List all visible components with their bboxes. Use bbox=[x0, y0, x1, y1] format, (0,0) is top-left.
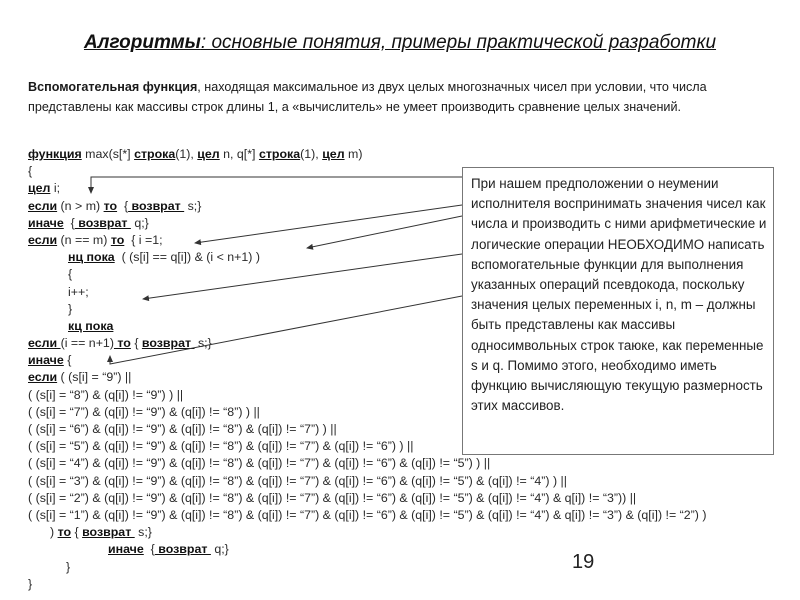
keyword: если bbox=[28, 370, 57, 384]
keyword: возврат bbox=[128, 199, 184, 213]
code-signature: функция max(s[*] строка(1), цел n, q[*] … bbox=[28, 146, 788, 163]
keyword: кц пока bbox=[68, 319, 113, 333]
condition-line: ( (s[i] = “4”) & (q[i]) != “9”) & (q[i])… bbox=[28, 455, 788, 472]
keyword: если bbox=[28, 233, 57, 247]
code-text: m) bbox=[345, 147, 363, 161]
code-text: s;} bbox=[184, 199, 201, 213]
code-text: { bbox=[71, 525, 82, 539]
code-text: (n == m) bbox=[57, 233, 111, 247]
condition-line: ( (s[i] = “3”) & (q[i]) != “9”) & (q[i])… bbox=[28, 473, 788, 490]
code-text: ( (s[i] = “9”) || bbox=[57, 370, 131, 384]
code-text: n, q[*] bbox=[220, 147, 259, 161]
keyword: иначе bbox=[28, 216, 64, 230]
code-text: ) bbox=[50, 525, 58, 539]
keyword: нц пока bbox=[68, 250, 115, 264]
keyword: то bbox=[111, 233, 124, 247]
code-text: { bbox=[131, 336, 142, 350]
keyword: возврат bbox=[82, 525, 135, 539]
code-text: { bbox=[144, 542, 155, 556]
keyword: цел bbox=[28, 181, 50, 195]
keyword: возврат bbox=[75, 216, 131, 230]
code-text: (1), bbox=[175, 147, 197, 161]
code-text: { bbox=[117, 199, 128, 213]
slide: Алгоритмы: основные понятия, примеры пра… bbox=[0, 0, 800, 600]
keyword: цел bbox=[197, 147, 219, 161]
code-text: (n > m) bbox=[57, 199, 103, 213]
callout-note: При нашем предположении о неумении испол… bbox=[462, 167, 774, 455]
code-text: max(s[*] bbox=[82, 147, 134, 161]
keyword: возврат bbox=[142, 336, 195, 350]
keyword: то bbox=[114, 336, 131, 350]
intro-term: Вспомогательная функция bbox=[28, 80, 197, 94]
code-inner-close: } bbox=[28, 559, 788, 576]
keyword: строка bbox=[134, 147, 175, 161]
code-text: q;} bbox=[211, 542, 229, 556]
title-main: Алгоритмы bbox=[84, 32, 201, 53]
keyword: то bbox=[104, 199, 117, 213]
code-text: { i =1; bbox=[124, 233, 162, 247]
keyword: если bbox=[28, 336, 61, 350]
keyword: возврат bbox=[155, 542, 211, 556]
keyword: иначе bbox=[28, 353, 64, 367]
code-outer-close: } bbox=[28, 576, 788, 593]
condition-line: ( (s[i] = “1”) & (q[i]) != “9”) & (q[i])… bbox=[28, 507, 788, 524]
keyword: функция bbox=[28, 147, 82, 161]
slide-title: Алгоритмы: основные понятия, примеры пра… bbox=[0, 32, 800, 54]
intro-paragraph: Вспомогательная функция, находящая макси… bbox=[28, 78, 768, 117]
code-text: q;} bbox=[131, 216, 149, 230]
code-text: i; bbox=[50, 181, 60, 195]
keyword: иначе bbox=[108, 542, 144, 556]
code-then-return: ) то { возврат s;} bbox=[28, 524, 788, 541]
code-text: s;} bbox=[195, 336, 212, 350]
page-number: 19 bbox=[572, 551, 594, 574]
code-else-return: иначе { возврат q;} bbox=[28, 541, 788, 558]
condition-line: ( (s[i] = “2”) & (q[i]) != “9”) & (q[i])… bbox=[28, 490, 788, 507]
keyword: то bbox=[58, 525, 71, 539]
keyword: строка bbox=[259, 147, 300, 161]
code-text: { bbox=[64, 353, 72, 367]
keyword: если bbox=[28, 199, 57, 213]
keyword: цел bbox=[322, 147, 344, 161]
code-text: (i == n+1) bbox=[61, 336, 114, 350]
code-text: (1), bbox=[300, 147, 322, 161]
code-text: ( (s[i] == q[i]) & (i < n+1) ) bbox=[115, 250, 260, 264]
title-subtitle: : основные понятия, примеры практической… bbox=[201, 32, 716, 53]
code-text: s;} bbox=[135, 525, 152, 539]
code-text: { bbox=[64, 216, 75, 230]
